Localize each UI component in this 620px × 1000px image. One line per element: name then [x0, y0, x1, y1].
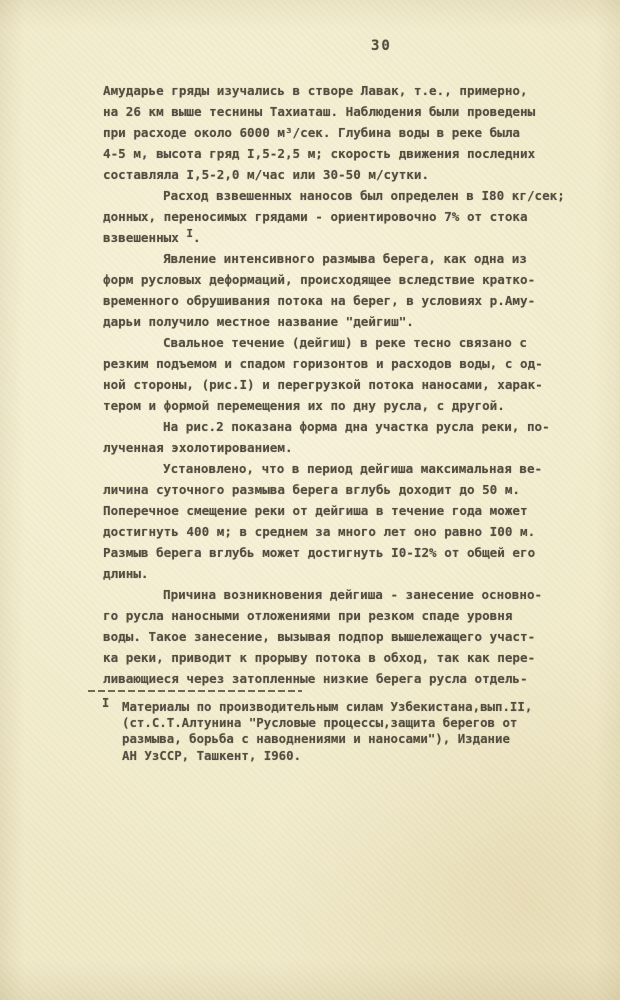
text-line: ливающиеся через затопленные низкие бере…: [103, 668, 553, 689]
text-line: тером и формой перемещения их по дну рус…: [103, 395, 553, 416]
text-line: на 26 км выше теснины Тахиаташ. Наблюден…: [103, 101, 553, 122]
text-line: Поперечное смещение реки от дейгиша в те…: [103, 500, 553, 521]
text-line: размыва, борьба с наводнениями и наносам…: [100, 731, 575, 747]
footnote: I Материалы по производительным силам Уз…: [100, 699, 575, 764]
text-line: го русла наносными отложениями при резко…: [103, 605, 553, 626]
paragraph: Явление интенсивного размыва берега, как…: [103, 248, 553, 332]
page-number: 30: [371, 38, 392, 54]
footnote-lines: Материалы по производительным силам Узбе…: [100, 699, 575, 764]
text-line: достигнуть 400 м; в среднем за много лет…: [103, 521, 553, 542]
text-line: форм русловых деформаций, происходящее в…: [103, 269, 553, 290]
text-block: Амударье гряды изучались в створе Лавак,…: [103, 80, 553, 689]
paragraph: Установлено, что в период дейгиша максим…: [103, 458, 553, 584]
text-line: (ст.С.Т.Алтунина "Русловые процессы,защи…: [100, 715, 575, 731]
text-segment: взвешенных: [103, 230, 186, 245]
footnote-divider: [88, 690, 302, 692]
text-line: Установлено, что в период дейгиша максим…: [103, 458, 553, 479]
text-line: донных, переносимых грядами - ориентиров…: [103, 206, 553, 227]
paragraph: Причина возникновения дейгиша - занесени…: [103, 584, 553, 689]
text-line: при расходе около 6000 м³/сек. Глубина в…: [103, 122, 553, 143]
footnote-ref: I: [186, 227, 193, 240]
text-line: Явление интенсивного размыва берега, как…: [103, 248, 553, 269]
paragraph: Свальное течение (дейгиш) в реке тесно с…: [103, 332, 553, 416]
text-line: 4-5 м, высота гряд I,5-2,5 м; скорость д…: [103, 143, 553, 164]
text-line: Амударье гряды изучались в створе Лавак,…: [103, 80, 553, 101]
text-line: лученная эхолотированием.: [103, 437, 553, 458]
text-line: Расход взвешенных наносов был определен …: [103, 185, 553, 206]
text-line: ной стороны, (рис.I) и перегрузкой поток…: [103, 374, 553, 395]
text-line: составляла I,5-2,0 м/час или 30-50 м/сут…: [103, 164, 553, 185]
text-line: Размыв берега вглубь может достигнуть I0…: [103, 542, 553, 563]
text-line: ка реки, приводит к прорыву потока в обх…: [103, 647, 553, 668]
footnote-marker: I: [102, 695, 109, 711]
text-line: Материалы по производительным силам Узбе…: [100, 699, 575, 715]
text-line: На рис.2 показана форма дна участка русл…: [103, 416, 553, 437]
text-line: Причина возникновения дейгиша - занесени…: [103, 584, 553, 605]
paragraph: Расход взвешенных наносов был определен …: [103, 185, 553, 248]
text-line: личина суточного размыва берега вглубь д…: [103, 479, 553, 500]
paragraph: На рис.2 показана форма дна участка русл…: [103, 416, 553, 458]
text-line: временного обрушивания потока на берег, …: [103, 290, 553, 311]
text-line: дарьи получило местное название "дейгиш"…: [103, 311, 553, 332]
text-line: длины.: [103, 563, 553, 584]
paragraph: Амударье гряды изучались в створе Лавак,…: [103, 80, 553, 185]
text-line: взвешенных I.: [103, 227, 553, 248]
text-line: резким подъемом и спадом горизонтов и ра…: [103, 353, 553, 374]
text-line: АН УзССР, Ташкент, I960.: [100, 748, 575, 764]
text-line: Свальное течение (дейгиш) в реке тесно с…: [103, 332, 553, 353]
text-line: воды. Такое занесение, вызывая подпор вы…: [103, 626, 553, 647]
text-segment: .: [193, 230, 201, 245]
